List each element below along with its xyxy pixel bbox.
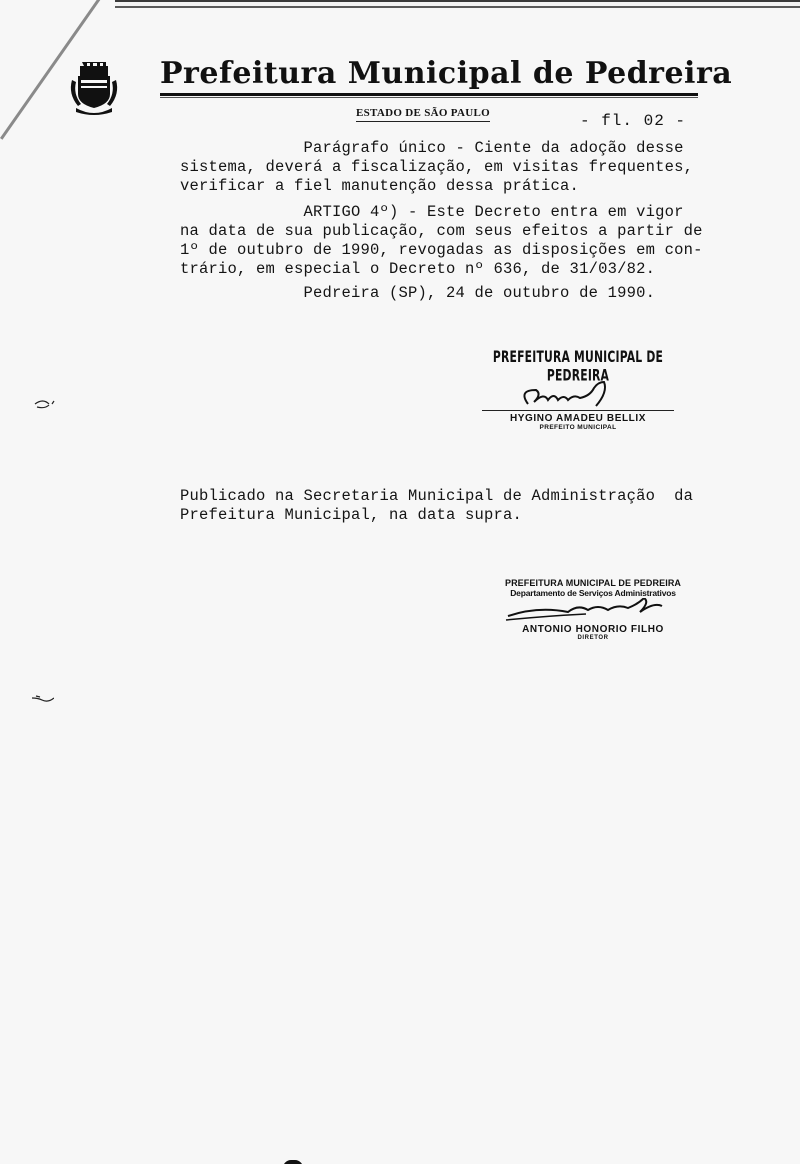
signer-role: DIRETOR (498, 635, 688, 641)
signer-role: PREFEITO MUNICIPAL (478, 424, 678, 431)
state-label: ESTADO DE SÃO PAULO (356, 107, 490, 122)
text-line: Publicado na Secretaria Municipal de Adm… (180, 487, 693, 506)
punch-hole-mark-icon (30, 693, 54, 707)
paragraph-unico: Parágrafo único - Ciente da adoção desse… (180, 139, 693, 196)
publication-note: Publicado na Secretaria Municipal de Adm… (180, 487, 693, 525)
page-folio: - fl. 02 - (580, 112, 686, 130)
page-edge (115, 0, 800, 12)
handwritten-signature (498, 598, 688, 624)
coat-of-arms-icon (68, 58, 120, 116)
title-rule-thin (160, 97, 698, 98)
text-line: Parágrafo único - Ciente da adoção desse (180, 139, 693, 158)
punch-hole-mark-icon (33, 398, 57, 412)
text-line: Prefeitura Municipal, na data supra. (180, 506, 693, 525)
text-line: trário, em especial o Decreto nº 636, de… (180, 260, 703, 279)
text-line: ARTIGO 4º) - Este Decreto entra em vigor (180, 203, 703, 222)
text-line: verificar a fiel manutenção dessa prátic… (180, 177, 693, 196)
director-signature-block: PREFEITURA MUNICIPAL DE PEDREIRA Departa… (498, 578, 688, 641)
signer-name: ANTONIO HONORIO FILHO (498, 624, 688, 635)
artigo-4: ARTIGO 4º) - Este Decreto entra em vigor… (180, 203, 703, 279)
place-date: Pedreira (SP), 24 de outubro de 1990. (180, 284, 655, 303)
signer-name: HYGINO AMADEU BELLIX (478, 413, 678, 424)
scan-artifact (283, 1160, 303, 1164)
text-line: 1º de outubro de 1990, revogadas as disp… (180, 241, 703, 260)
text-line: na data de sua publicação, com seus efei… (180, 222, 703, 241)
text-line: sistema, deverá a fiscalização, em visit… (180, 158, 693, 177)
mayor-signature-block: PREFEITURA MUNICIPAL DE PEDREIRA HYGINO … (478, 352, 678, 431)
letterhead-title: Prefeitura Municipal de Pedreira (160, 56, 732, 91)
stamp-department: Departamento de Serviços Administrativos (498, 588, 688, 598)
handwritten-signature (478, 380, 678, 410)
title-rule (160, 93, 698, 96)
signature-line (482, 410, 674, 411)
stamp-org: PREFEITURA MUNICIPAL DE PEDREIRA (478, 348, 678, 384)
stamp-org: PREFEITURA MUNICIPAL DE PEDREIRA (498, 578, 688, 588)
